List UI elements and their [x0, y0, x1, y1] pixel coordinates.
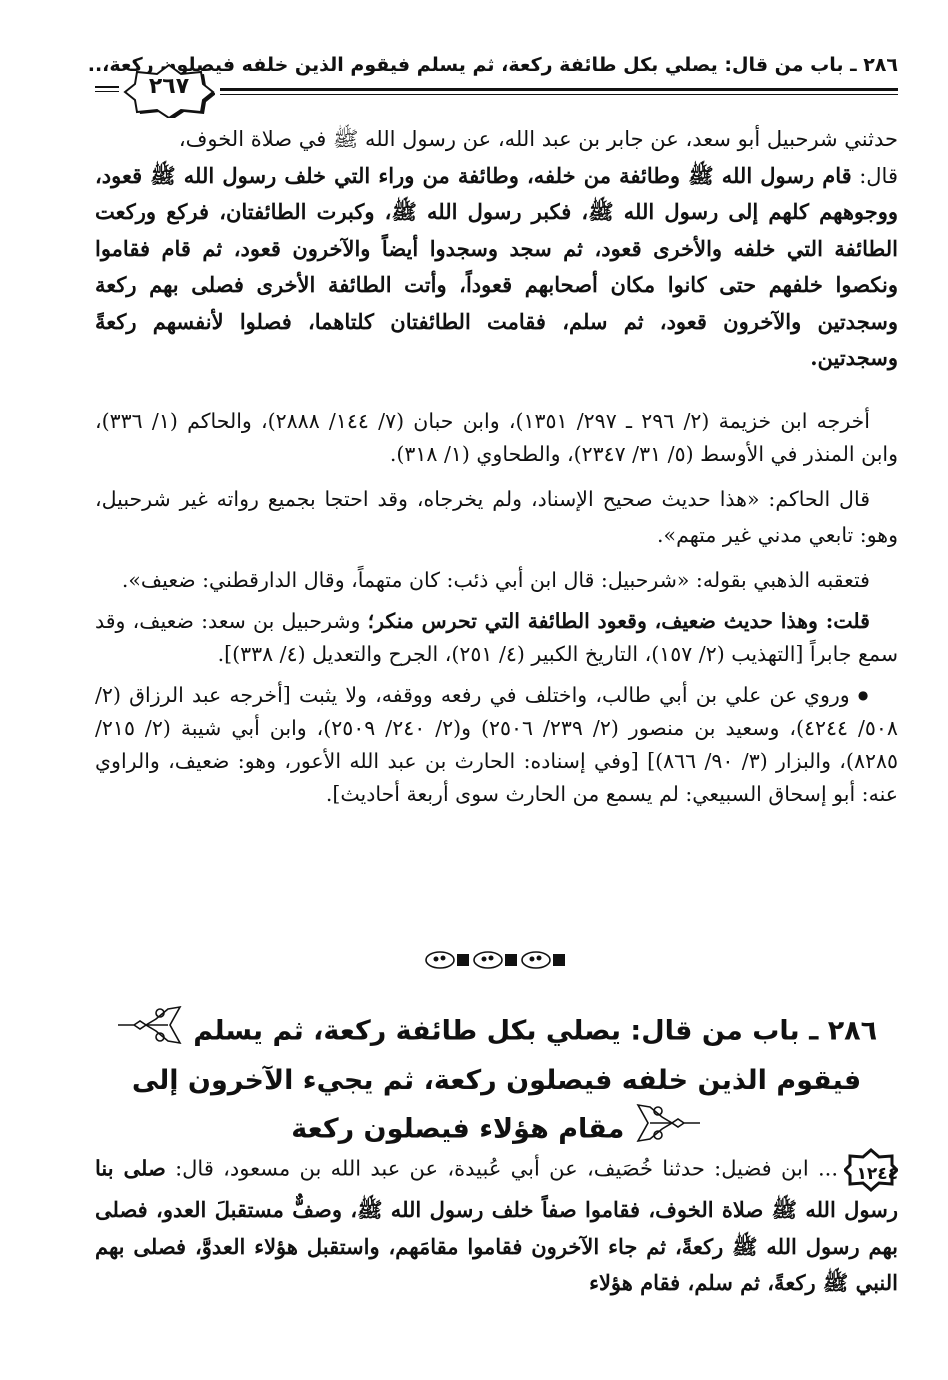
header-rule: [220, 88, 898, 91]
hadith-1244-text: ١٢٤٤ ... ابن فضيل: حدثنا خُصَيف، عن أبي …: [95, 1148, 898, 1302]
hadith-qala: قال:: [852, 164, 898, 188]
chapter-heading-text-1: ٢٨٦ ـ باب من قال: يصلي بكل طائفة ركعة، ث…: [193, 1016, 877, 1047]
ornament-divider: [95, 950, 898, 974]
hadith-matn: قام رسول الله ﷺ وطائفة من خلفه، وطائفة م…: [95, 163, 898, 371]
chapter-heading: ٢٨٦ ـ باب من قال: يصلي بكل طائفة ركعة، ث…: [95, 1005, 898, 1157]
bullet-icon: ●: [858, 688, 870, 702]
arrow-ornament-left-icon: [116, 1005, 184, 1059]
takhrij-para-4: قلت: وهذا حديث ضعيف، وقعود الطائفة التي …: [95, 605, 898, 671]
hadith-1244: ١٢٤٤ ... ابن فضيل: حدثنا خُصَيف، عن أبي …: [95, 1148, 898, 1302]
header-rule-left: [95, 86, 119, 88]
hadith-text: حدثني شرحبيل أبو سعد، عن جابر بن عبد الل…: [95, 122, 898, 377]
page-number: ٢٦٧: [123, 74, 215, 99]
takhrij-para-5: ● وروي عن علي بن أبي طالب، واختلف في رفع…: [95, 679, 898, 811]
hadith-number-badge: ١٢٤٤: [844, 1148, 898, 1192]
hadith-body: قال: قام رسول الله ﷺ وطائفة من خلفه، وطا…: [95, 158, 898, 377]
takhrij-para-5-text: وروي عن علي بن أبي طالب، واختلف في رفعه …: [95, 683, 898, 806]
header-rule-left-thin: [95, 91, 119, 92]
takhrij-section: أخرجه ابن خزيمة (٢/ ٢٩٦ ـ ٢٩٧/ ١٣٥١)، وا…: [95, 405, 898, 811]
book-page: ٢٨٦ ـ باب من قال: يصلي بكل طائفة ركعة، ث…: [95, 0, 898, 1380]
floral-divider-icon: [422, 950, 572, 970]
chapter-heading-line-2: فيقوم الذين خلفه فيصلون ركعة، ثم يجيء ال…: [95, 1059, 898, 1103]
hadith-line-1: حدثني شرحبيل أبو سعد، عن جابر بن عبد الل…: [95, 122, 898, 158]
takhrij-para-1: أخرجه ابن خزيمة (٢/ ٢٩٦ ـ ٢٩٧/ ١٣٥١)، وا…: [95, 405, 898, 471]
chapter-heading-line-1: ٢٨٦ ـ باب من قال: يصلي بكل طائفة ركعة، ث…: [95, 1005, 898, 1059]
takhrij-para-2: قال الحاكم: «هذا حديث صحيح الإسناد، ولم …: [95, 481, 898, 553]
page-number-badge: ٢٦٧: [123, 62, 215, 118]
author-note: قلت: وهذا حديث ضعيف، وقعود الطائفة التي …: [368, 609, 870, 633]
hadith-number: ١٢٤٤: [844, 1157, 898, 1193]
chapter-heading-text-3: مقام هؤلاء فيصلون ركعة: [291, 1114, 624, 1145]
hadith-1244-isnad: ... ابن فضيل: حدثنا خُصَيف، عن أبي عُبيد…: [166, 1157, 838, 1181]
running-header: ٢٨٦ ـ باب من قال: يصلي بكل طائفة ركعة، ث…: [95, 50, 898, 100]
header-rule-thin: [220, 94, 898, 95]
takhrij-para-3: فتعقبه الذهبي بقوله: «شرحبيل: قال ابن أب…: [95, 561, 898, 599]
